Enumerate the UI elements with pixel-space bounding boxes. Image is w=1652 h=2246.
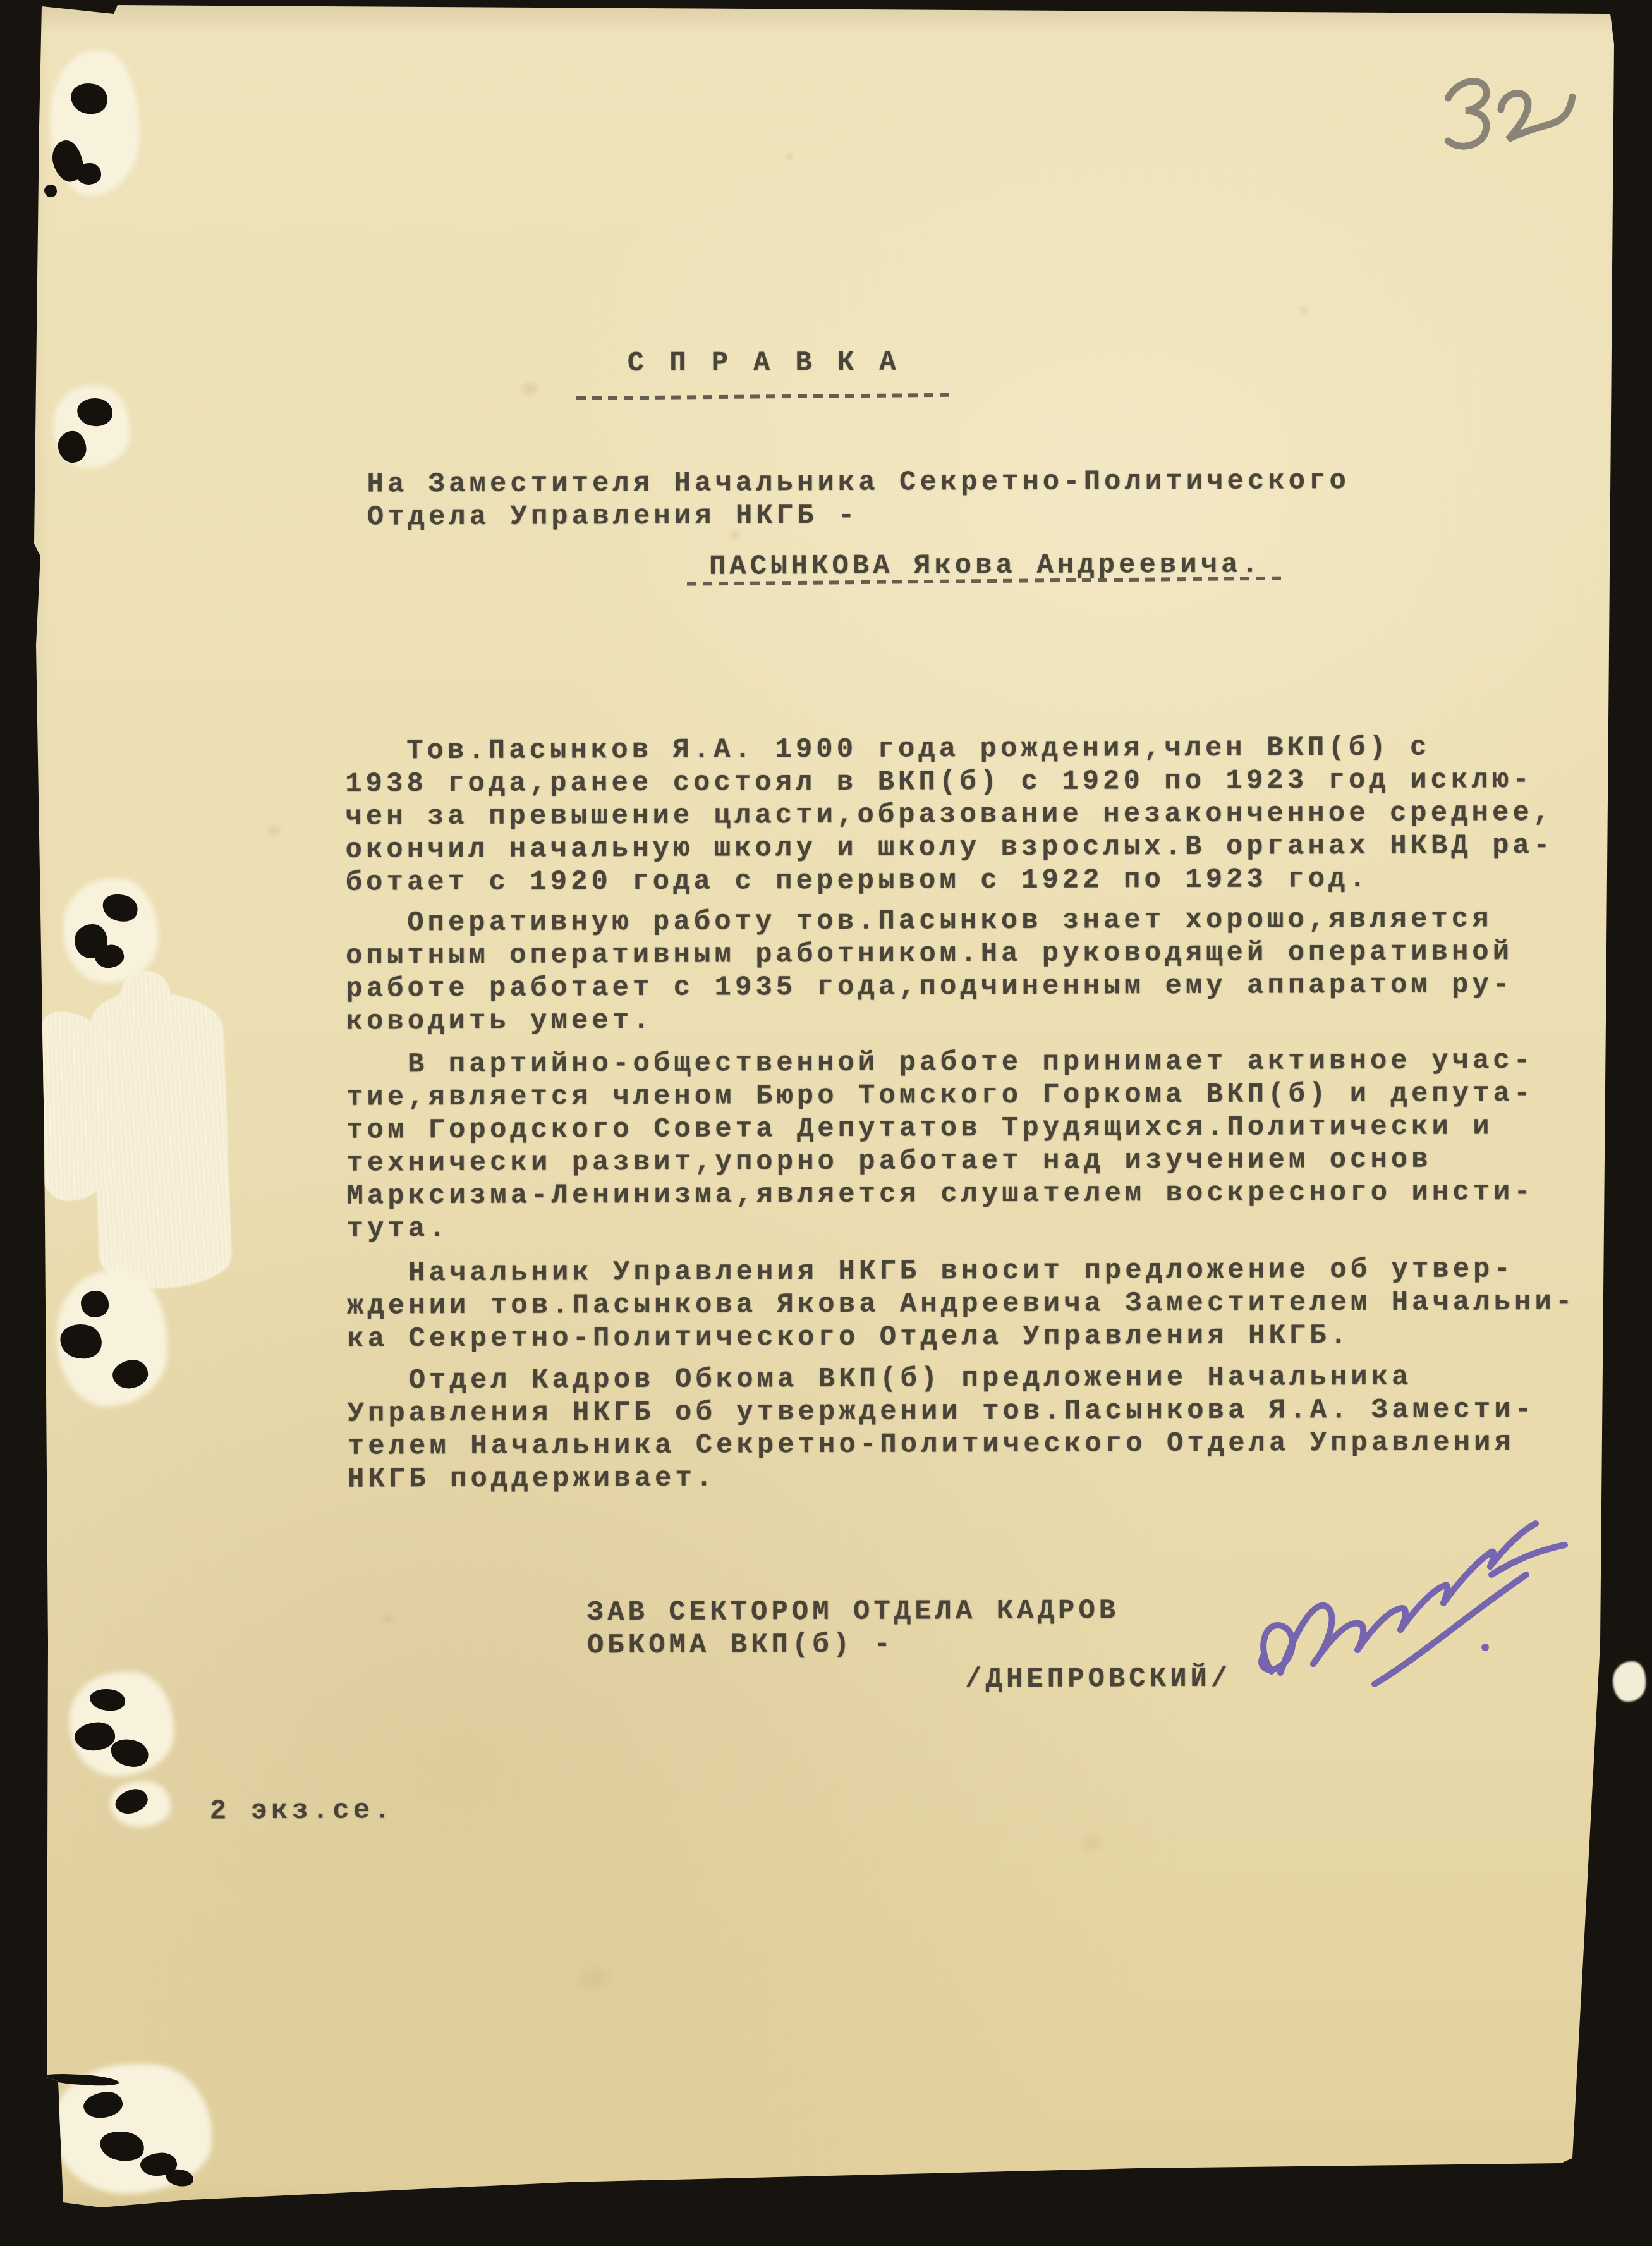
scanned-document: СПРАВКА На Заместителя Начальника Секрет… xyxy=(0,0,1652,2246)
paragraph-2: Оперативную работу тов.Пасынков знает хо… xyxy=(346,903,1514,1038)
paragraph-1: Тов.Пасынков Я.А. 1900 года рождения,чле… xyxy=(345,731,1554,900)
addressee-block: На Заместителя Начальника Секретно-Полит… xyxy=(367,465,1350,534)
handwritten-page-number xyxy=(1423,63,1600,175)
document-title: СПРАВКА xyxy=(628,346,921,380)
title-underline xyxy=(576,393,956,400)
paragraph-4: Начальник Управления НКГБ вносит предлож… xyxy=(347,1253,1576,1356)
copies-note: 2 экз.се. xyxy=(210,1794,394,1828)
signature-typed-name: /ДНЕПРОВСКИЙ/ xyxy=(965,1663,1231,1696)
paragraph-3: В партийно-общественной работе принимает… xyxy=(346,1044,1535,1246)
paragraph-5: Отдел Кадров Обкома ВКП(б) предложение Н… xyxy=(347,1360,1535,1496)
paper-chip-debris xyxy=(1613,1661,1646,1702)
document-paper: СПРАВКА На Заместителя Начальника Секрет… xyxy=(0,0,1652,2246)
handwritten-signature xyxy=(1239,1515,1583,1692)
typewritten-content: СПРАВКА На Заместителя Начальника Секрет… xyxy=(0,0,1652,2246)
signature-role-block: ЗАВ СЕКТОРОМ ОТДЕЛА КАДРОВ ОБКОМА ВКП(б)… xyxy=(587,1594,1120,1662)
